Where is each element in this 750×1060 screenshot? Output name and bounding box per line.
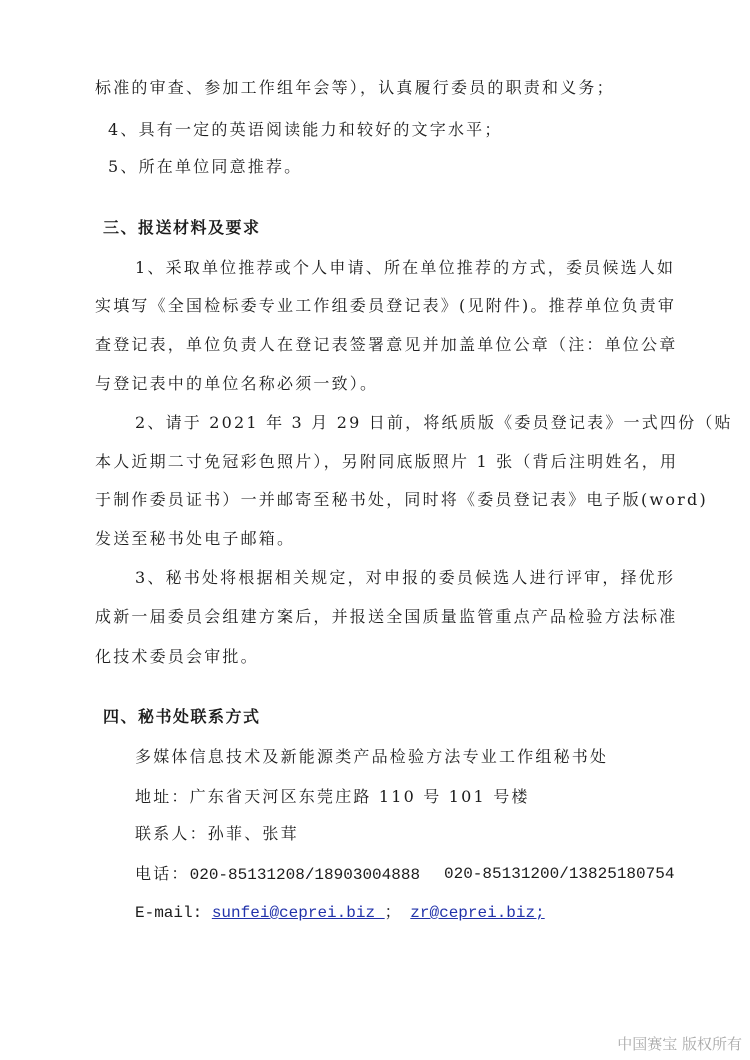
para2-line2: 本人近期二寸免冠彩色照片），另附同底版照片 1 张（背后注明姓名，用 bbox=[95, 452, 678, 472]
para3-line3: 化技术委员会审批。 bbox=[95, 647, 259, 667]
para2-line1: 2、请于 2021 年 3 月 29 日前，将纸质版《委员登记表》一式四份（贴 bbox=[135, 413, 733, 433]
email-row: E-mail: sunfei@ceprei.biz ； zr@ceprei.bi… bbox=[135, 903, 545, 923]
email-link-sunfei[interactable]: sunfei@ceprei.biz bbox=[212, 904, 385, 922]
address: 地址：广东省天河区东莞庄路 110 号 101 号楼 bbox=[135, 787, 530, 807]
para2-line3: 于制作委员证书）一并邮寄至秘书处，同时将《委员登记表》电子版(word) bbox=[95, 490, 708, 510]
phone-row: 电话：020-85131208/18903004888 bbox=[135, 864, 420, 885]
copyright-watermark: 中国赛宝 版权所有 bbox=[617, 1033, 742, 1054]
continuation-text: 标准的审查、参加工作组年会等），认真履行委员的职责和义务； bbox=[95, 78, 615, 98]
contact-persons: 联系人：孙菲、张茸 bbox=[135, 824, 299, 844]
para3-line2: 成新一届委员会组建方案后，并报送全国质量监管重点产品检验方法标准 bbox=[95, 607, 677, 627]
para3-line1: 3、秘书处将根据相关规定，对申报的委员候选人进行评审，择优形 bbox=[135, 568, 675, 588]
email-link-zr[interactable]: zr@ceprei.biz; bbox=[410, 904, 544, 922]
office-name: 多媒体信息技术及新能源类产品检验方法专业工作组秘书处 bbox=[135, 747, 608, 767]
section-3-heading: 三、报送材料及要求 bbox=[103, 218, 261, 238]
phone-2: 020-85131200/13825180754 bbox=[444, 864, 674, 884]
para2-line4: 发送至秘书处电子邮箱。 bbox=[95, 529, 295, 549]
section-4-heading: 四、秘书处联系方式 bbox=[103, 707, 261, 727]
phone-label: 电话： bbox=[135, 864, 190, 883]
requirement-5: 5、所在单位同意推荐。 bbox=[108, 157, 302, 177]
para1-line1: 1、采取单位推荐或个人申请、所在单位推荐的方式，委员候选人如 bbox=[135, 258, 675, 278]
requirement-4: 4、具有一定的英语阅读能力和较好的文字水平； bbox=[108, 120, 503, 140]
para1-line3: 查登记表，单位负责人在登记表签署意见并加盖单位公章（注：单位公章 bbox=[95, 335, 677, 355]
para1-line2: 实填写《全国检标委专业工作组委员登记表》(见附件)。推荐单位负责审 bbox=[95, 296, 676, 316]
email-separator: ； bbox=[385, 904, 401, 922]
phone-1: 020-85131208/18903004888 bbox=[190, 866, 420, 884]
email-label: E-mail: bbox=[135, 904, 202, 922]
para1-line4: 与登记表中的单位名称必须一致）。 bbox=[95, 374, 378, 394]
